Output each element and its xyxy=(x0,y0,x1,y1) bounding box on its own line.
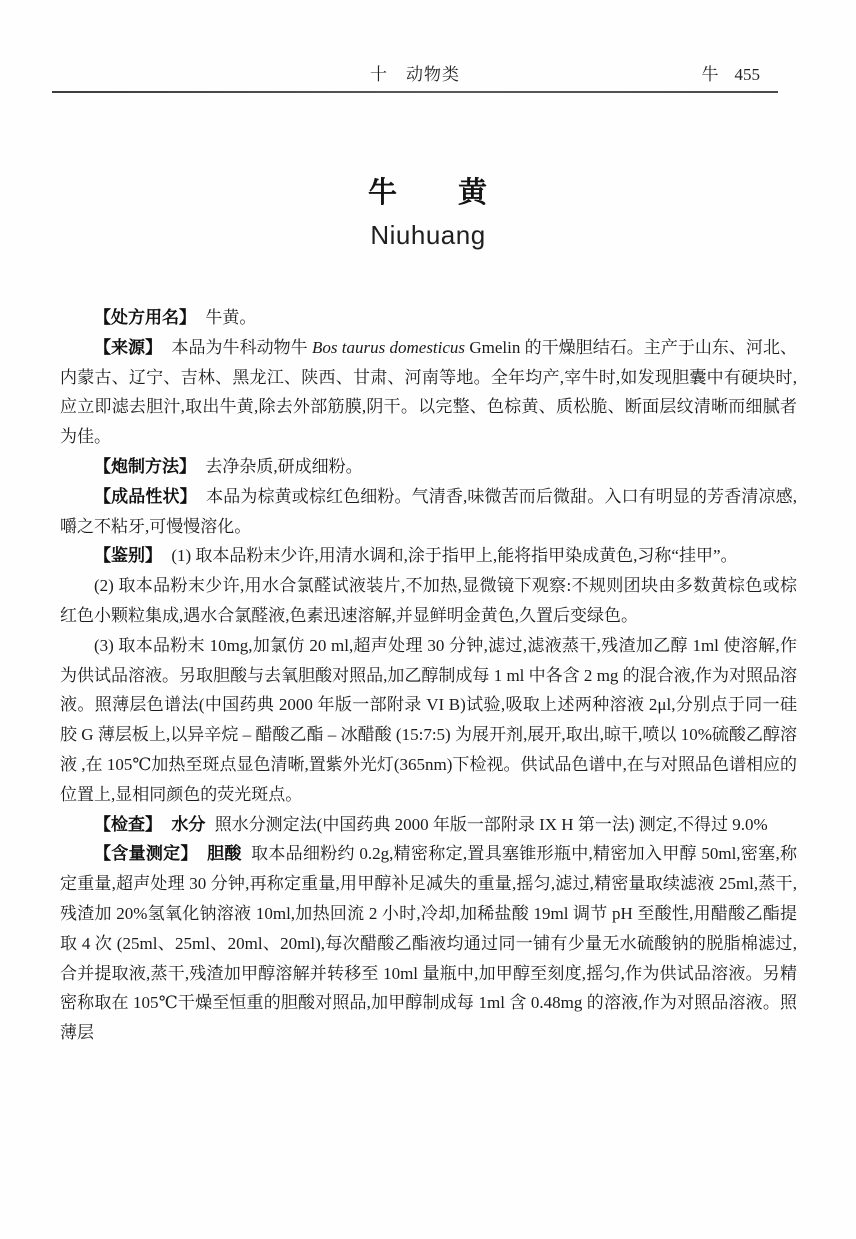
document-page: 十 动物类 牛455 牛 黄 Niuhuang 【处方用名】牛黄。 【来源】本品… xyxy=(0,0,856,1239)
paragraph-source: 【来源】本品为牛科动物牛 Bos taurus domesticus Gmeli… xyxy=(60,333,797,452)
paragraph-identification-2: (2) 取本品粉末少许,用水合氯醛试液装片,不加热,显微镜下观察:不规则团块由多… xyxy=(60,571,797,631)
section-label-hanliangceding: 【含量测定】 xyxy=(94,844,198,863)
running-title: 牛 xyxy=(702,65,719,84)
subsection-cholic-acid: 胆酸 xyxy=(207,844,242,863)
section-label-jianbie: 【鉴别】 xyxy=(94,546,162,565)
latin-species-name: Bos taurus domesticus xyxy=(312,338,465,357)
paragraph-identification-3: (3) 取本品粉末 10mg,加氯仿 20 ml,超声处理 30 分钟,滤过,滤… xyxy=(60,631,797,810)
paragraph-text: (2) 取本品粉末少许,用水合氯醛试液装片,不加热,显微镜下观察:不规则团块由多… xyxy=(60,576,797,625)
running-title-group: 牛455 xyxy=(702,60,761,85)
chapter-heading: 十 动物类 xyxy=(52,60,778,85)
section-label-chufangyongming: 【处方用名】 xyxy=(94,308,196,327)
section-label-paozhifangfa: 【炮制方法】 xyxy=(94,457,196,476)
paragraph-processing-method: 【炮制方法】去净杂质,研成细粉。 xyxy=(60,452,797,482)
section-label-laiyuan: 【来源】 xyxy=(94,338,162,357)
paragraph-assay: 【含量测定】胆酸取本品细粉约 0.2g,精密称定,置具塞锥形瓶中,精密加入甲醇 … xyxy=(60,839,797,1048)
paragraph-check: 【检查】水分照水分测定法(中国药典 2000 年版一部附录 IX H 第一法) … xyxy=(60,810,797,840)
section-label-jiancha: 【检查】 xyxy=(94,815,162,834)
paragraph-text: 本品为牛科动物牛 xyxy=(171,338,312,357)
paragraph-text: 牛黄。 xyxy=(205,308,256,327)
page-title: 牛 黄 xyxy=(0,178,856,210)
subsection-water: 水分 xyxy=(171,815,205,834)
paragraph-product-properties: 【成品性状】本品为棕黄或棕红色细粉。气清香,味微苦而后微甜。入口有明显的芳香清凉… xyxy=(60,482,797,542)
page-number: 455 xyxy=(735,65,761,84)
paragraph-text: (3) 取本品粉末 10mg,加氯仿 20 ml,超声处理 30 分钟,滤过,滤… xyxy=(60,636,797,804)
monograph-body: 【处方用名】牛黄。 【来源】本品为牛科动物牛 Bos taurus domest… xyxy=(60,303,797,1048)
pinyin-title: Niuhuang xyxy=(0,220,856,251)
section-label-chengpinxingzhuang: 【成品性状】 xyxy=(94,487,197,506)
paragraph-text: 去净杂质,研成细粉。 xyxy=(205,457,362,476)
header-rule xyxy=(52,91,778,93)
page-header: 十 动物类 牛455 xyxy=(52,60,778,84)
paragraph-text: 取本品细粉约 0.2g,精密称定,置具塞锥形瓶中,精密加入甲醇 50ml,密塞,… xyxy=(60,844,797,1042)
paragraph-identification-1: 【鉴别】(1) 取本品粉末少许,用清水调和,涂于指甲上,能将指甲染成黄色,习称“… xyxy=(60,541,797,571)
paragraph-prescription-name: 【处方用名】牛黄。 xyxy=(60,303,797,333)
paragraph-text: (1) 取本品粉末少许,用清水调和,涂于指甲上,能将指甲染成黄色,习称“挂甲”。 xyxy=(171,546,737,565)
paragraph-text: 照水分测定法(中国药典 2000 年版一部附录 IX H 第一法) 测定,不得过… xyxy=(215,815,768,834)
